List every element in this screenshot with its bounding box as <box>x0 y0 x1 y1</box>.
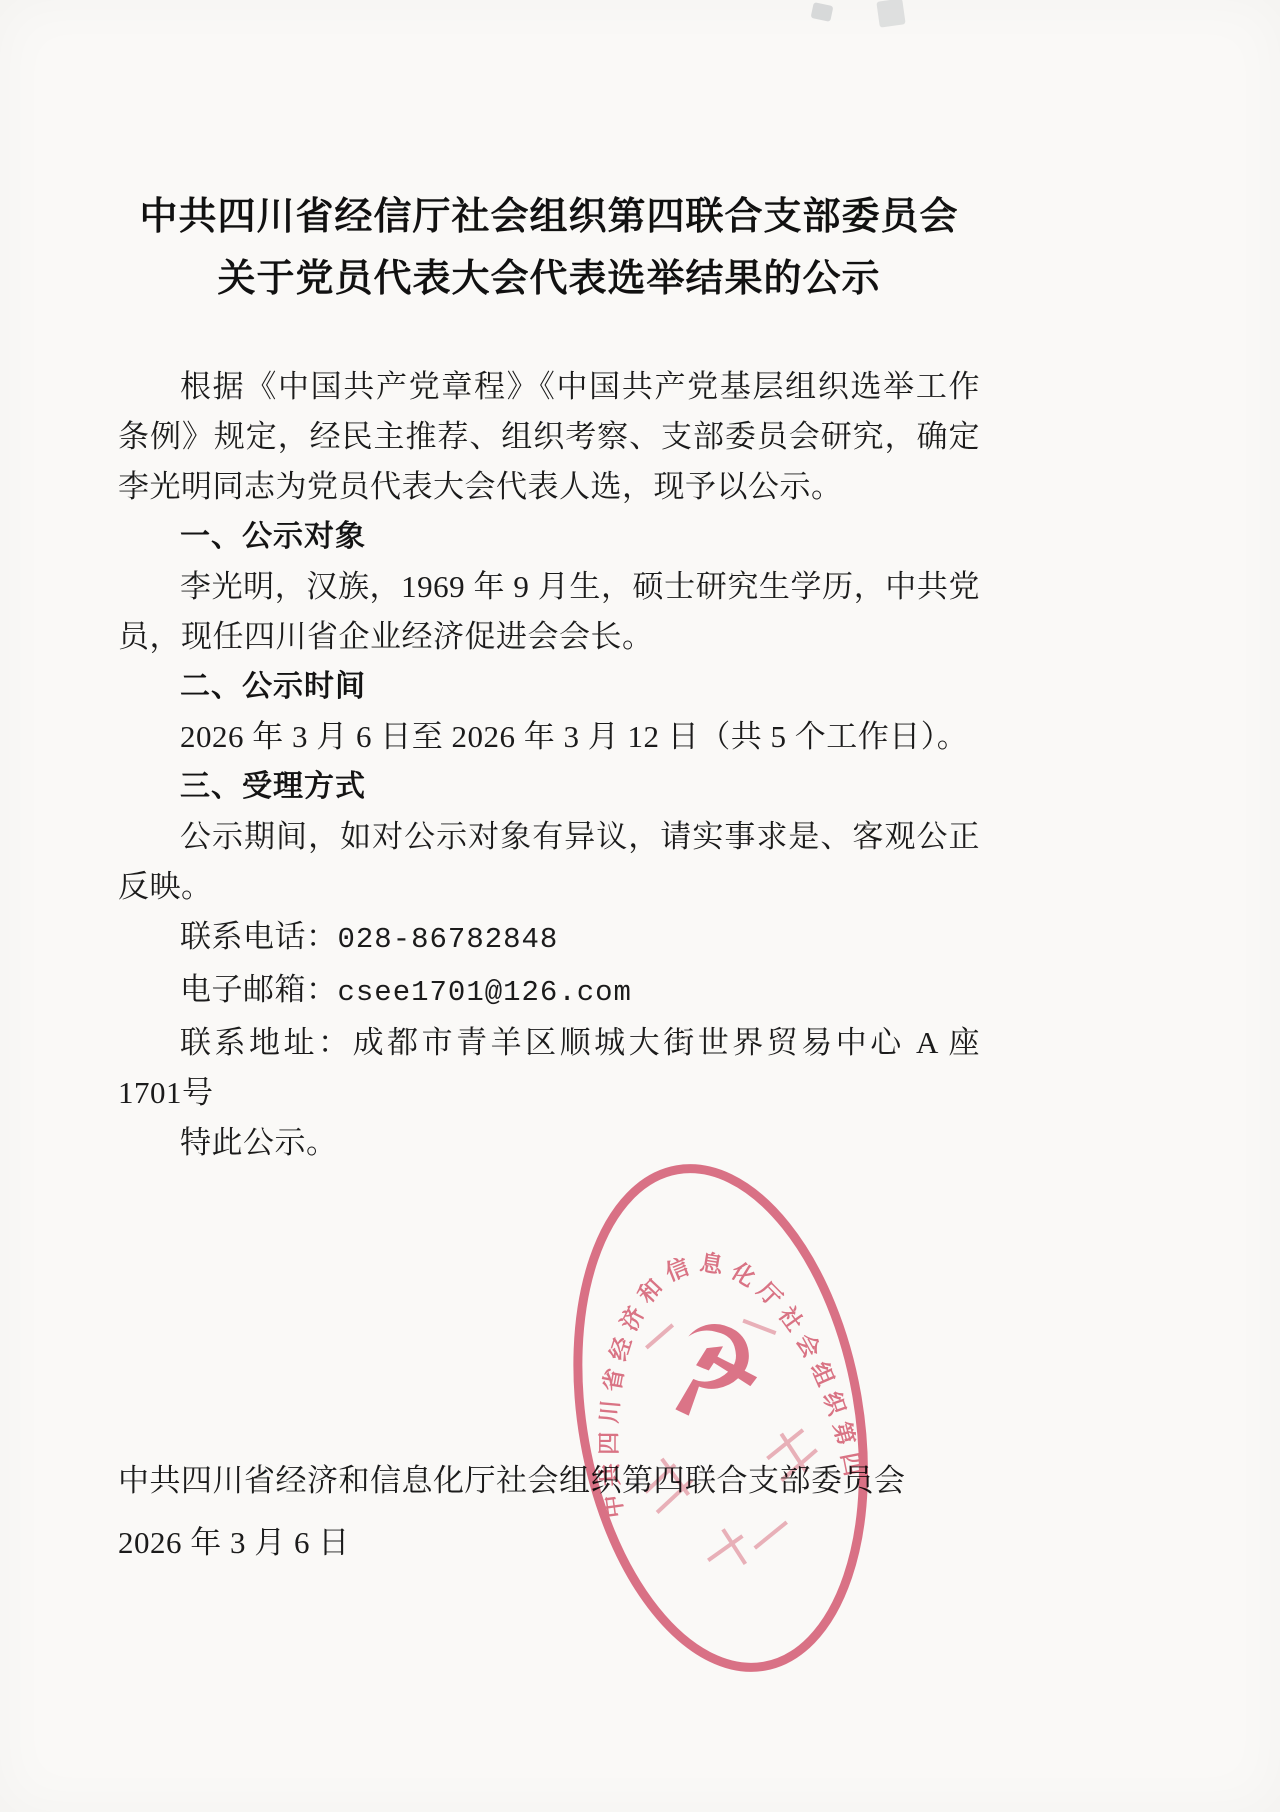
section-body-2: 2026 年 3 月 6 日至 2026 年 3 月 12 日（共 5 个工作日… <box>118 712 980 762</box>
contact-email-label: 电子邮箱： <box>180 972 338 1007</box>
section-heading-2: 二、公示时间 <box>118 662 980 712</box>
scan-artifact <box>876 0 905 28</box>
contact-phone-row: 联系电话：028-86782848 <box>118 912 980 965</box>
contact-email-value: csee1701@126.com <box>338 976 632 1009</box>
contact-phone-value: 028-86782848 <box>338 923 559 956</box>
closing-line: 特此公示。 <box>118 1118 980 1168</box>
section-body-3: 公示期间，如对公示对象有异议，请实事求是、客观公正反映。 <box>118 812 980 912</box>
signature-date: 2026 年 3 月 6 日 <box>118 1518 980 1568</box>
section-heading-1: 一、公示对象 <box>118 512 980 562</box>
signature-org: 中共四川省经济和信息化厅社会组织第四联合支部委员会 <box>118 1456 980 1506</box>
section-body-1: 李光明，汉族，1969 年 9 月生，硕士研究生学历，中共党员，现任四川省企业经… <box>118 562 980 662</box>
document-title: 中共四川省经信厅社会组织第四联合支部委员会 关于党员代表大会代表选举结果的公示 <box>118 186 980 310</box>
contact-address-label: 联系地址： <box>180 1025 353 1060</box>
document-title-line1: 中共四川省经信厅社会组织第四联合支部委员会 <box>118 186 980 248</box>
signature-block: 中共四川省经济和信息化厅社会组织第四联合支部委员会 2026 年 3 月 6 日 <box>118 1456 980 1568</box>
contact-email-row: 电子邮箱：csee1701@126.com <box>118 965 980 1018</box>
document-title-line2: 关于党员代表大会代表选举结果的公示 <box>118 248 980 310</box>
contact-phone-label: 联系电话： <box>180 919 338 954</box>
intro-paragraph: 根据《中国共产党章程》《中国共产党基层组织选举工作条例》规定，经民主推荐、组织考… <box>118 362 980 512</box>
announcement-document: 中共四川省经信厅社会组织第四联合支部委员会 关于党员代表大会代表选举结果的公示 … <box>118 186 980 1568</box>
section-heading-3: 三、受理方式 <box>118 762 980 812</box>
scan-artifact <box>811 2 834 22</box>
contact-address-row: 联系地址：成都市青羊区顺城大街世界贸易中心 A 座 1701号 <box>118 1018 980 1118</box>
document-page: 中共四川省经信厅社会组织第四联合支部委员会 关于党员代表大会代表选举结果的公示 … <box>0 0 1280 1812</box>
